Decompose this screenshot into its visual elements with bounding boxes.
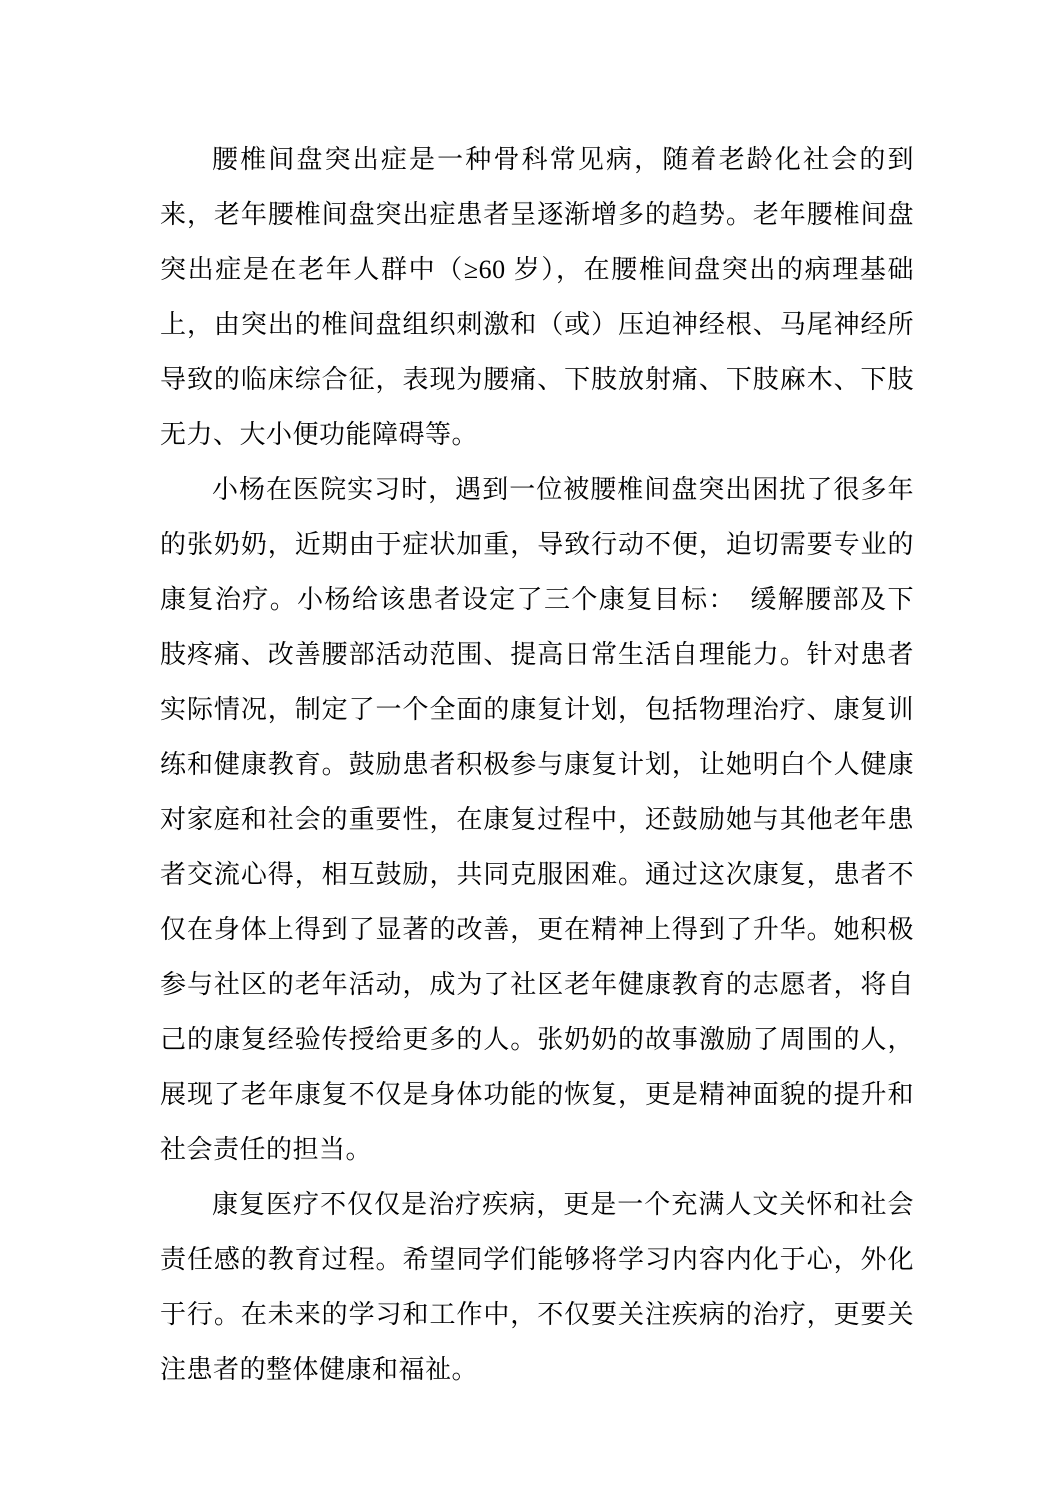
paragraph-intro-disease: 腰椎间盘突出症是一种骨科常见病，随着老龄化社会的到来，老年腰椎间盘突出症患者呈逐…: [160, 132, 914, 462]
document-page: 腰椎间盘突出症是一种骨科常见病，随着老龄化社会的到来，老年腰椎间盘突出症患者呈逐…: [0, 0, 1059, 1497]
paragraph-conclusion: 康复医疗不仅仅是治疗疾病，更是一个充满人文关怀和社会责任感的教育过程。希望同学们…: [160, 1177, 914, 1397]
paragraph-case-story: 小杨在医院实习时，遇到一位被腰椎间盘突出困扰了很多年的张奶奶，近期由于症状加重，…: [160, 462, 914, 1177]
